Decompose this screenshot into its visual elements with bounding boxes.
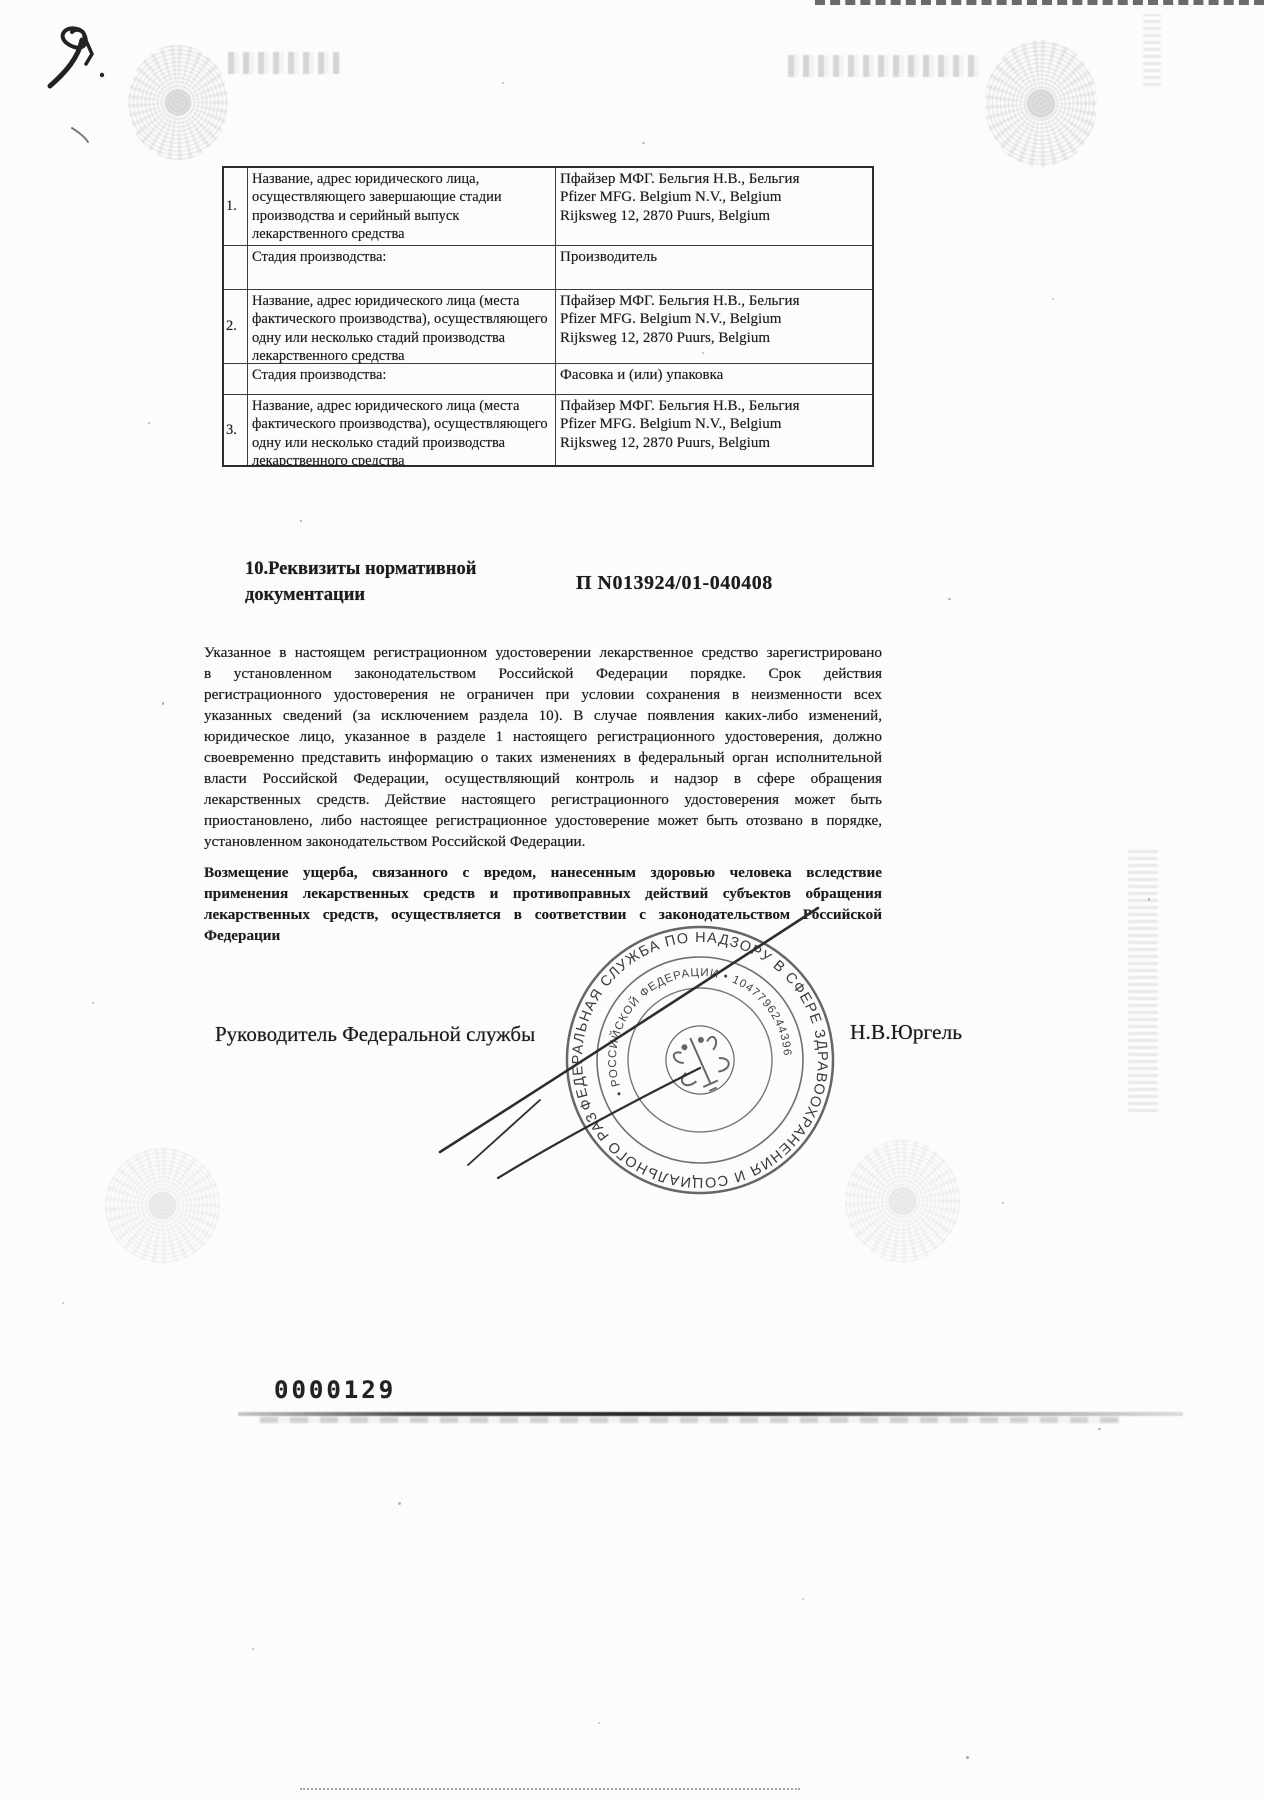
smudge-band-top-right — [788, 55, 983, 77]
scan-noise-strip-top-right — [1143, 14, 1161, 86]
form-serial-number: 0000129 — [274, 1376, 396, 1404]
table-value-cell: Производитель — [555, 245, 872, 289]
paragraph-line: лекарственных средств. Действие настояще… — [204, 789, 882, 810]
paragraph-line: Указанное в настоящем регистрационном уд… — [204, 642, 882, 663]
table-row-number — [224, 245, 248, 289]
guilloche-ornament-bottom-right — [845, 1140, 960, 1262]
table-label-cell: Стадия производства: — [248, 245, 555, 289]
table-label-cell: Название, адрес юридического лица, осуще… — [248, 168, 555, 245]
signature-strokes — [420, 860, 860, 1220]
table-label-cell: Стадия производства: — [248, 363, 555, 394]
handwritten-mark-icon — [36, 20, 116, 160]
torn-edge-dashes — [815, 0, 1264, 5]
scanned-certificate-page: 1. Название, адрес юридического лица, ос… — [0, 0, 1264, 1800]
manufacturer-table: 1. Название, адрес юридического лица, ос… — [222, 166, 874, 467]
paragraph-line: в установленном законодательством Россий… — [204, 663, 882, 684]
paragraph-line: приостановлено, либо настоящее регистрац… — [204, 810, 882, 831]
table-value-cell: Пфайзер МФГ. Бельгия Н.В., БельгияPfizer… — [555, 289, 872, 363]
smudge-band-top-left — [228, 52, 340, 74]
smudge-line-bottom-2 — [260, 1417, 1120, 1423]
smudge-line-bottom — [238, 1412, 1183, 1416]
signatory-name: Н.В.Юргель — [850, 1020, 962, 1045]
table-value-cell: Пфайзер МФГ. Бельгия Н.В., БельгияPfizer… — [555, 394, 872, 465]
guilloche-ornament-top-right — [985, 40, 1097, 167]
table-row-number: 1. — [224, 168, 248, 245]
paragraph-line: своевременно представить информацию о та… — [204, 747, 882, 768]
paragraph-line: регистрационного удостоверения не ограни… — [204, 684, 882, 705]
table-value-cell: Фасовка и (или) упаковка — [555, 363, 872, 394]
table-row-number: 2. — [224, 289, 248, 363]
table-row-number: 3. — [224, 394, 248, 465]
guilloche-ornament-top-left — [128, 45, 228, 160]
table-row-number — [224, 363, 248, 394]
paragraph-line: установленном законодательством Российск… — [204, 831, 882, 852]
legal-paragraph-1: Указанное в настоящем регистрационном уд… — [204, 642, 882, 852]
paragraph-line: указанных сведений (за исключением разде… — [204, 705, 882, 726]
table-label-cell: Название, адрес юридического лица (места… — [248, 289, 555, 363]
paragraph-line: власти Российской Федерации, осуществляю… — [204, 768, 882, 789]
table-value-cell: Пфайзер МФГ. Бельгия Н.В., БельгияPfizer… — [555, 168, 872, 245]
table-label-cell: Название, адрес юридического лица (места… — [248, 394, 555, 465]
scan-noise-strip-right — [1128, 850, 1158, 1112]
registration-number: П N013924/01-040408 — [576, 572, 773, 595]
guilloche-ornament-bottom-left — [105, 1148, 220, 1263]
section-10-heading: 10.Реквизиты нормативной документации — [245, 556, 575, 608]
paragraph-line: юридическое лицо, указанное в разделе 1 … — [204, 726, 882, 747]
dotted-line-bottom — [300, 1788, 800, 1790]
